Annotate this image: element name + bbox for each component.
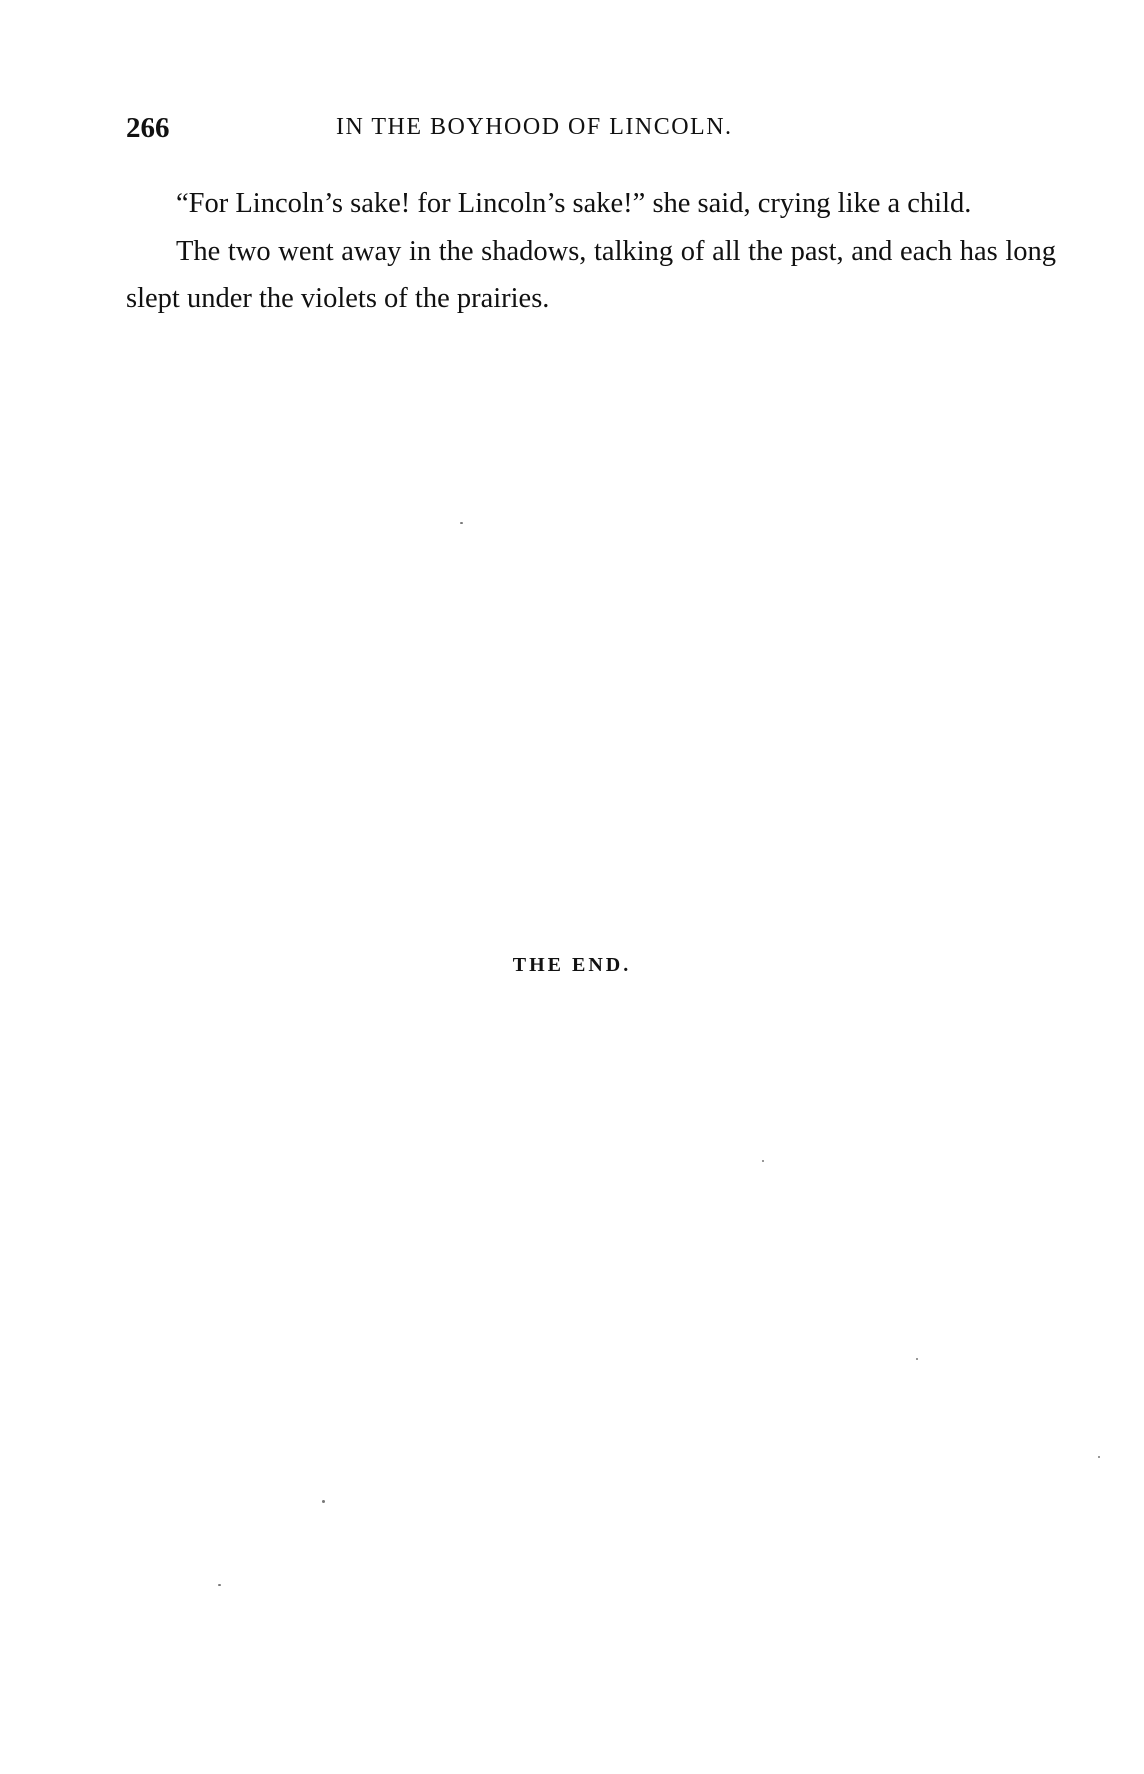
page-header: 266 IN THE BOYHOOD OF LINCOLN.	[126, 112, 1056, 152]
running-title: IN THE BOYHOOD OF LINCOLN.	[336, 114, 733, 141]
scan-speck	[322, 1500, 325, 1503]
paragraph: The two went away in the shadows, talkin…	[126, 228, 1056, 323]
the-end-mark: THE END.	[0, 954, 1144, 977]
scan-speck	[218, 1584, 221, 1586]
page-number: 266	[126, 112, 170, 145]
scan-speck	[460, 522, 463, 524]
paragraph: “For Lincoln’s sake! for Lincoln’s sake!…	[126, 180, 1056, 228]
scan-speck	[762, 1160, 764, 1162]
body-text: “For Lincoln’s sake! for Lincoln’s sake!…	[126, 180, 1056, 323]
scan-speck	[1098, 1456, 1100, 1458]
scan-speck	[916, 1358, 918, 1360]
